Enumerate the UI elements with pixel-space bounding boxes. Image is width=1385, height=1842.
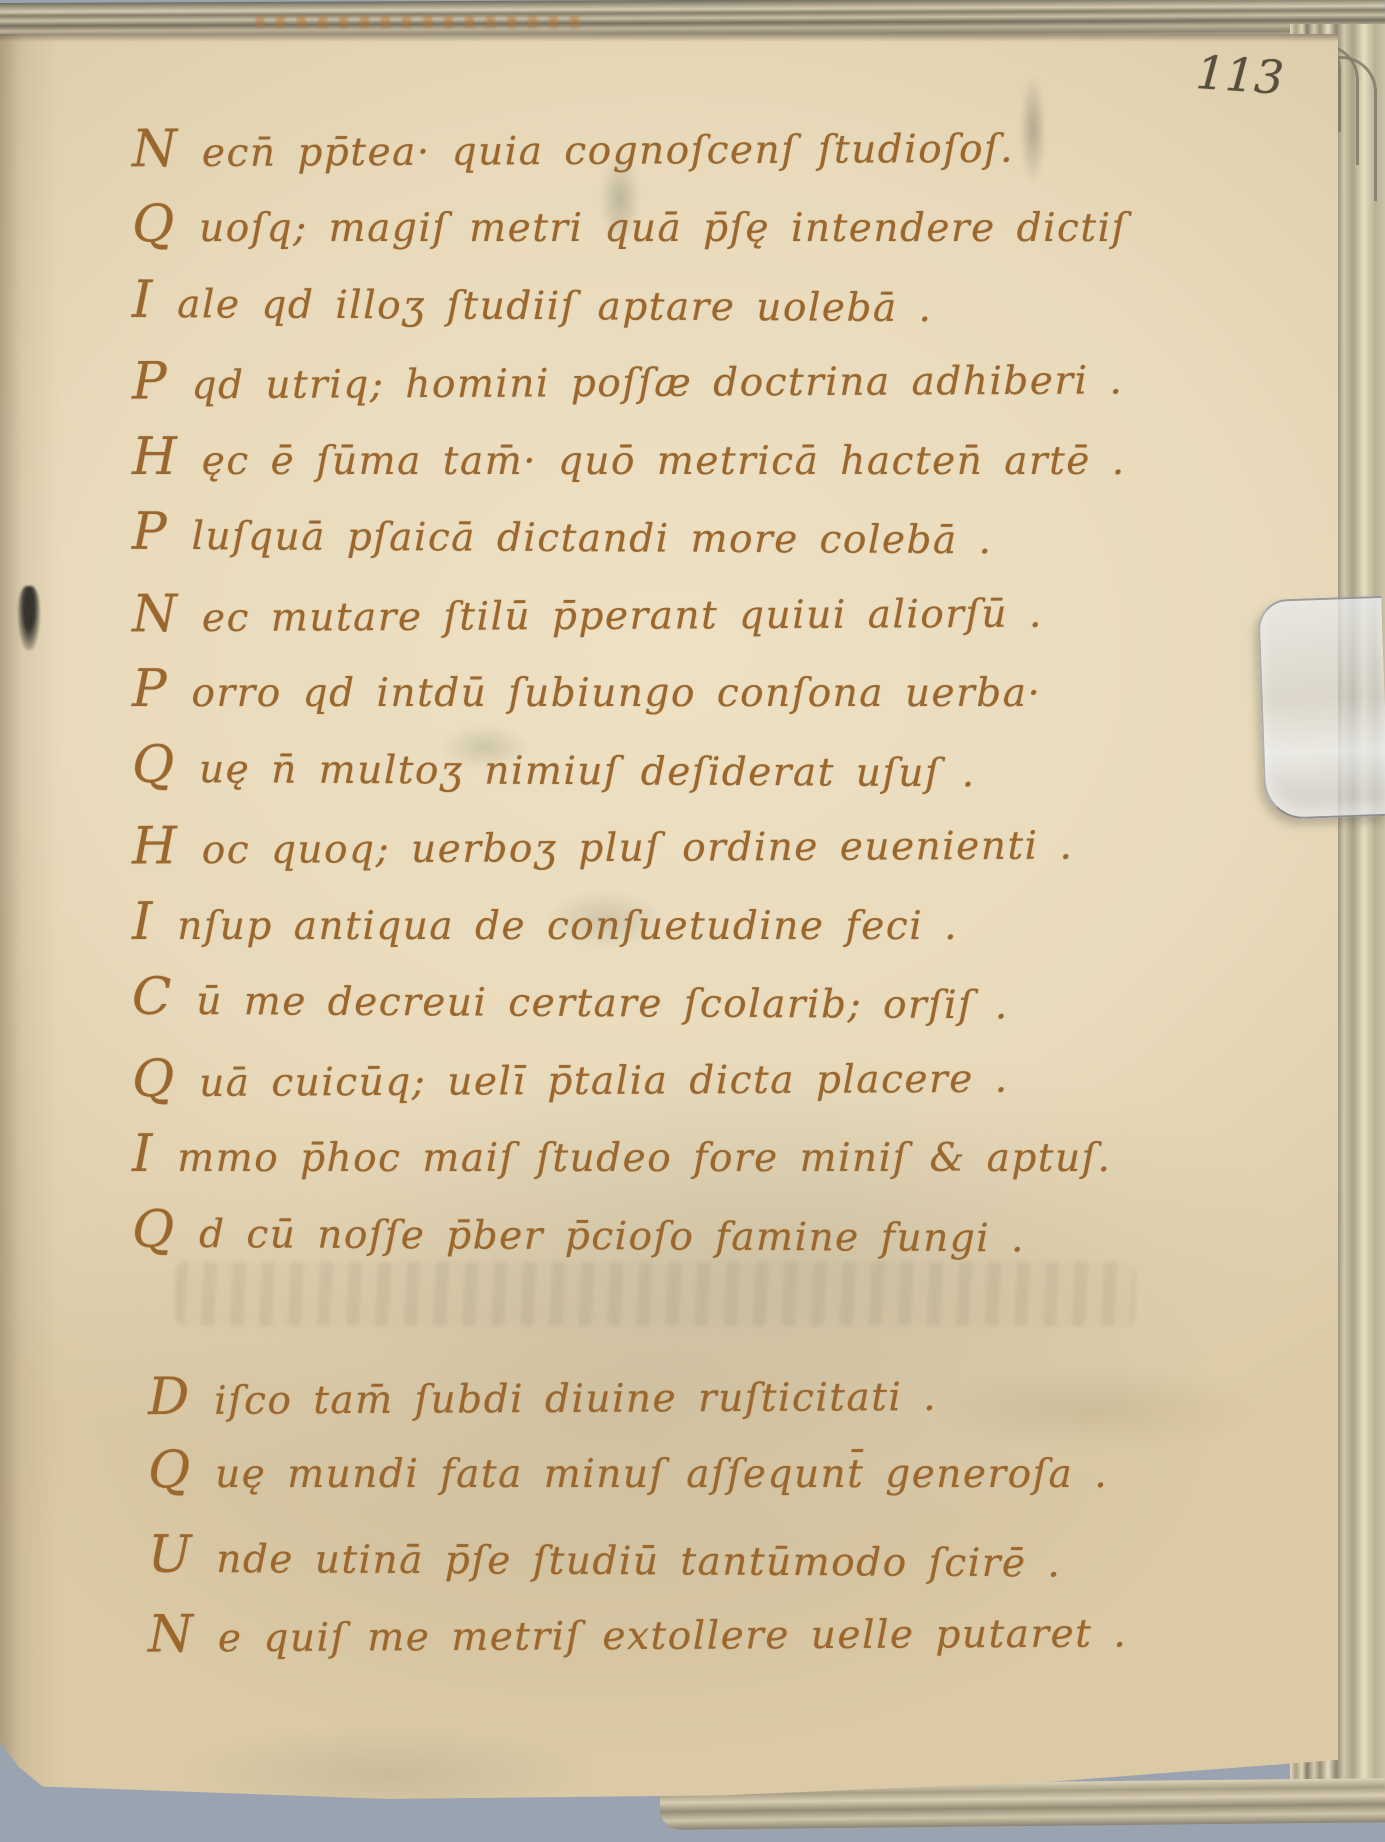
manuscript-line: I mmo p̄hoc maiſ ſtudeo fore miniſ & apt… bbox=[132, 1129, 1111, 1180]
manuscript-line: H ęc ē ſūma tam̄· quō metricā hacten̄ ar… bbox=[132, 432, 1126, 483]
manuscript-line: N e quiſ me metriſ extollere uelle putar… bbox=[148, 1604, 1127, 1661]
ink-blot bbox=[18, 586, 40, 650]
manuscript-line: Q uoſq; magiſ metri quā p̄ſę intendere d… bbox=[132, 199, 1127, 250]
manuscript-photo: 113 N ecn̄ pp̄tea· quia cognoſcenſ ſtudi… bbox=[0, 0, 1385, 1842]
manuscript-line: U nde utinā p̄ſe ſtudiū tantūmodo ſcirē … bbox=[148, 1530, 1062, 1586]
manuscript-line: D iſco tam̄ ſubdi diuine ruſticitati . bbox=[148, 1368, 937, 1424]
manuscript-line: I nſup antiqua de conſuetudine feci . bbox=[132, 897, 958, 948]
manuscript-line: Q uę mundi fata minuſ aſſequnt̄ generoſa… bbox=[148, 1445, 1108, 1496]
manuscript-line: P qd utriq; homini poſſæ doctrina adhibe… bbox=[132, 351, 1124, 408]
manuscript-line: Q uę n̄ multoʒ nimiuſ deſiderat uſuſ . bbox=[132, 740, 976, 796]
parchment-stain bbox=[930, 1364, 1260, 1454]
manuscript-line: H oc quoq; uerboʒ pluſ ordine euenienti … bbox=[132, 817, 1074, 873]
manuscript-line: Q d cū noſſe p̄ber p̄cioſo famine fungi … bbox=[132, 1205, 1025, 1261]
parchment-stain bbox=[180, 1724, 600, 1824]
manuscript-line: N ecn̄ pp̄tea· quia cognoſcenſ ſtudioſoſ… bbox=[132, 120, 1014, 176]
manuscript-line: P luſquā pſaicā dictandi more colebā . bbox=[132, 507, 993, 563]
manuscript-line: N ec mutare ſtilū p̄perant quiui aliorſū… bbox=[132, 585, 1043, 641]
manuscript-line: Q uā cuicūq; uelī p̄talia dicta placere … bbox=[132, 1050, 1009, 1106]
fore-edge-ink-traces bbox=[255, 16, 585, 28]
parchment-stain bbox=[1020, 74, 1046, 184]
manuscript-line: C ū me decreui certare ſcolarib; orſiſ . bbox=[132, 972, 1009, 1028]
manuscript-line: P orro qd intdū ſubiungo conſona uerba· bbox=[132, 664, 1041, 715]
erased-line-smudge bbox=[175, 1262, 1135, 1326]
transparent-page-clip bbox=[1257, 596, 1385, 820]
manuscript-line: I ale qd illoʒ ſtudiiſ aptare uolebā . bbox=[132, 275, 933, 331]
folio-number: 113 bbox=[1194, 45, 1288, 105]
